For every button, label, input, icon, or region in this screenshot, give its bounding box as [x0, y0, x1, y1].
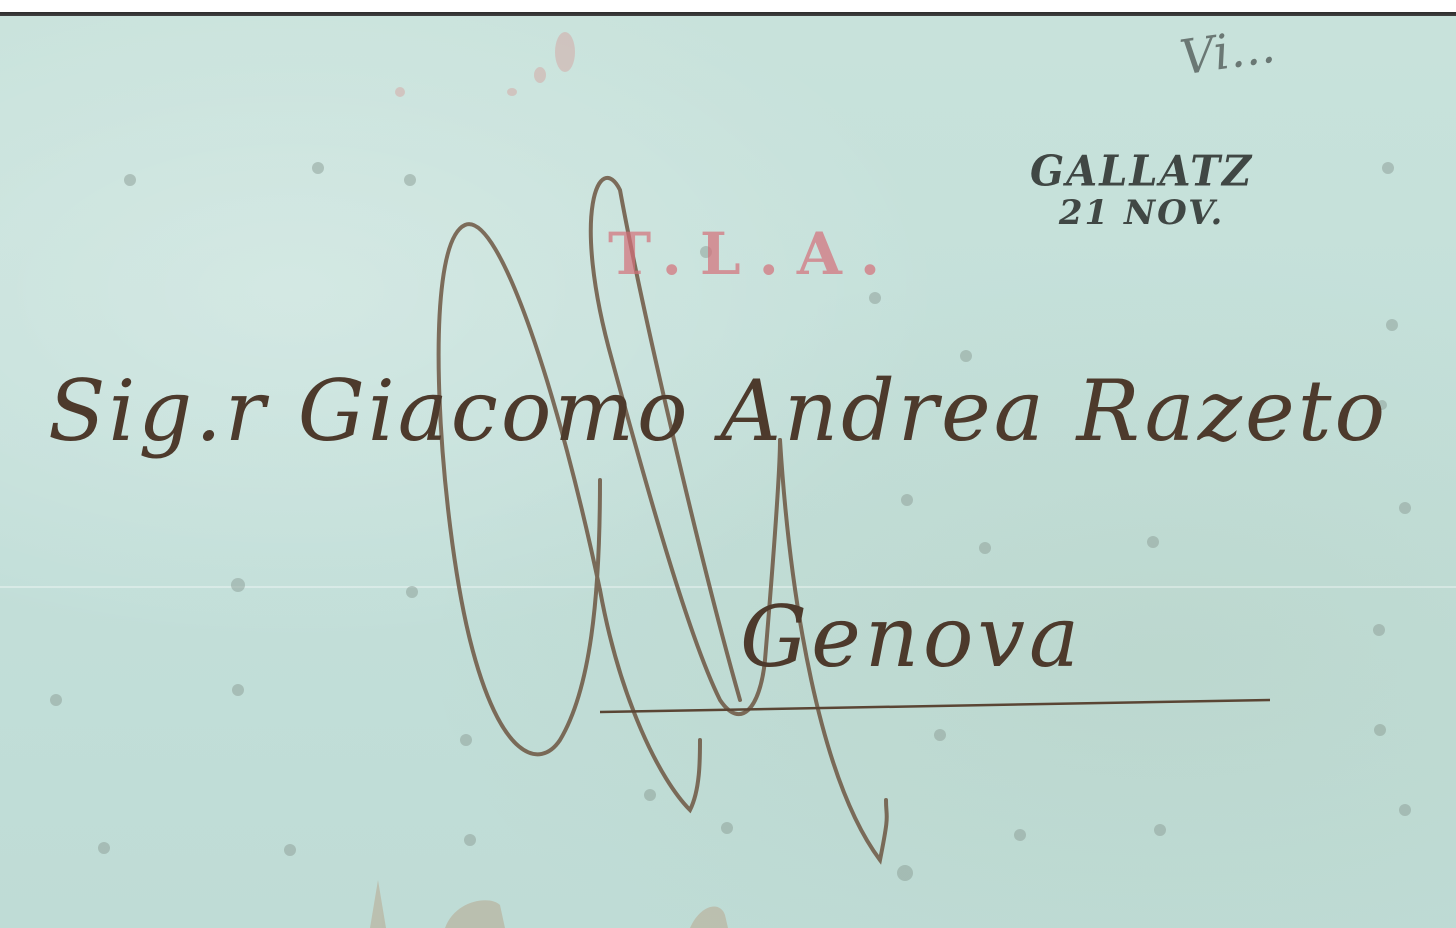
addressee-name: Sig.r Giacomo Andrea Razeto [48, 362, 1388, 460]
red-smudges [395, 32, 575, 97]
postmark-town: GALLATZ [1030, 149, 1253, 195]
destination-city: Genova [740, 588, 1083, 686]
postmark-date: 21 NOV. [1030, 194, 1253, 232]
address-underline [600, 700, 1270, 712]
cover-artwork [0, 0, 1456, 928]
gallatz-postmark: GALLATZ 21 NOV. [1030, 150, 1253, 232]
red-handstamp: T.L.A. [608, 220, 898, 288]
bottom-stains [370, 880, 728, 928]
